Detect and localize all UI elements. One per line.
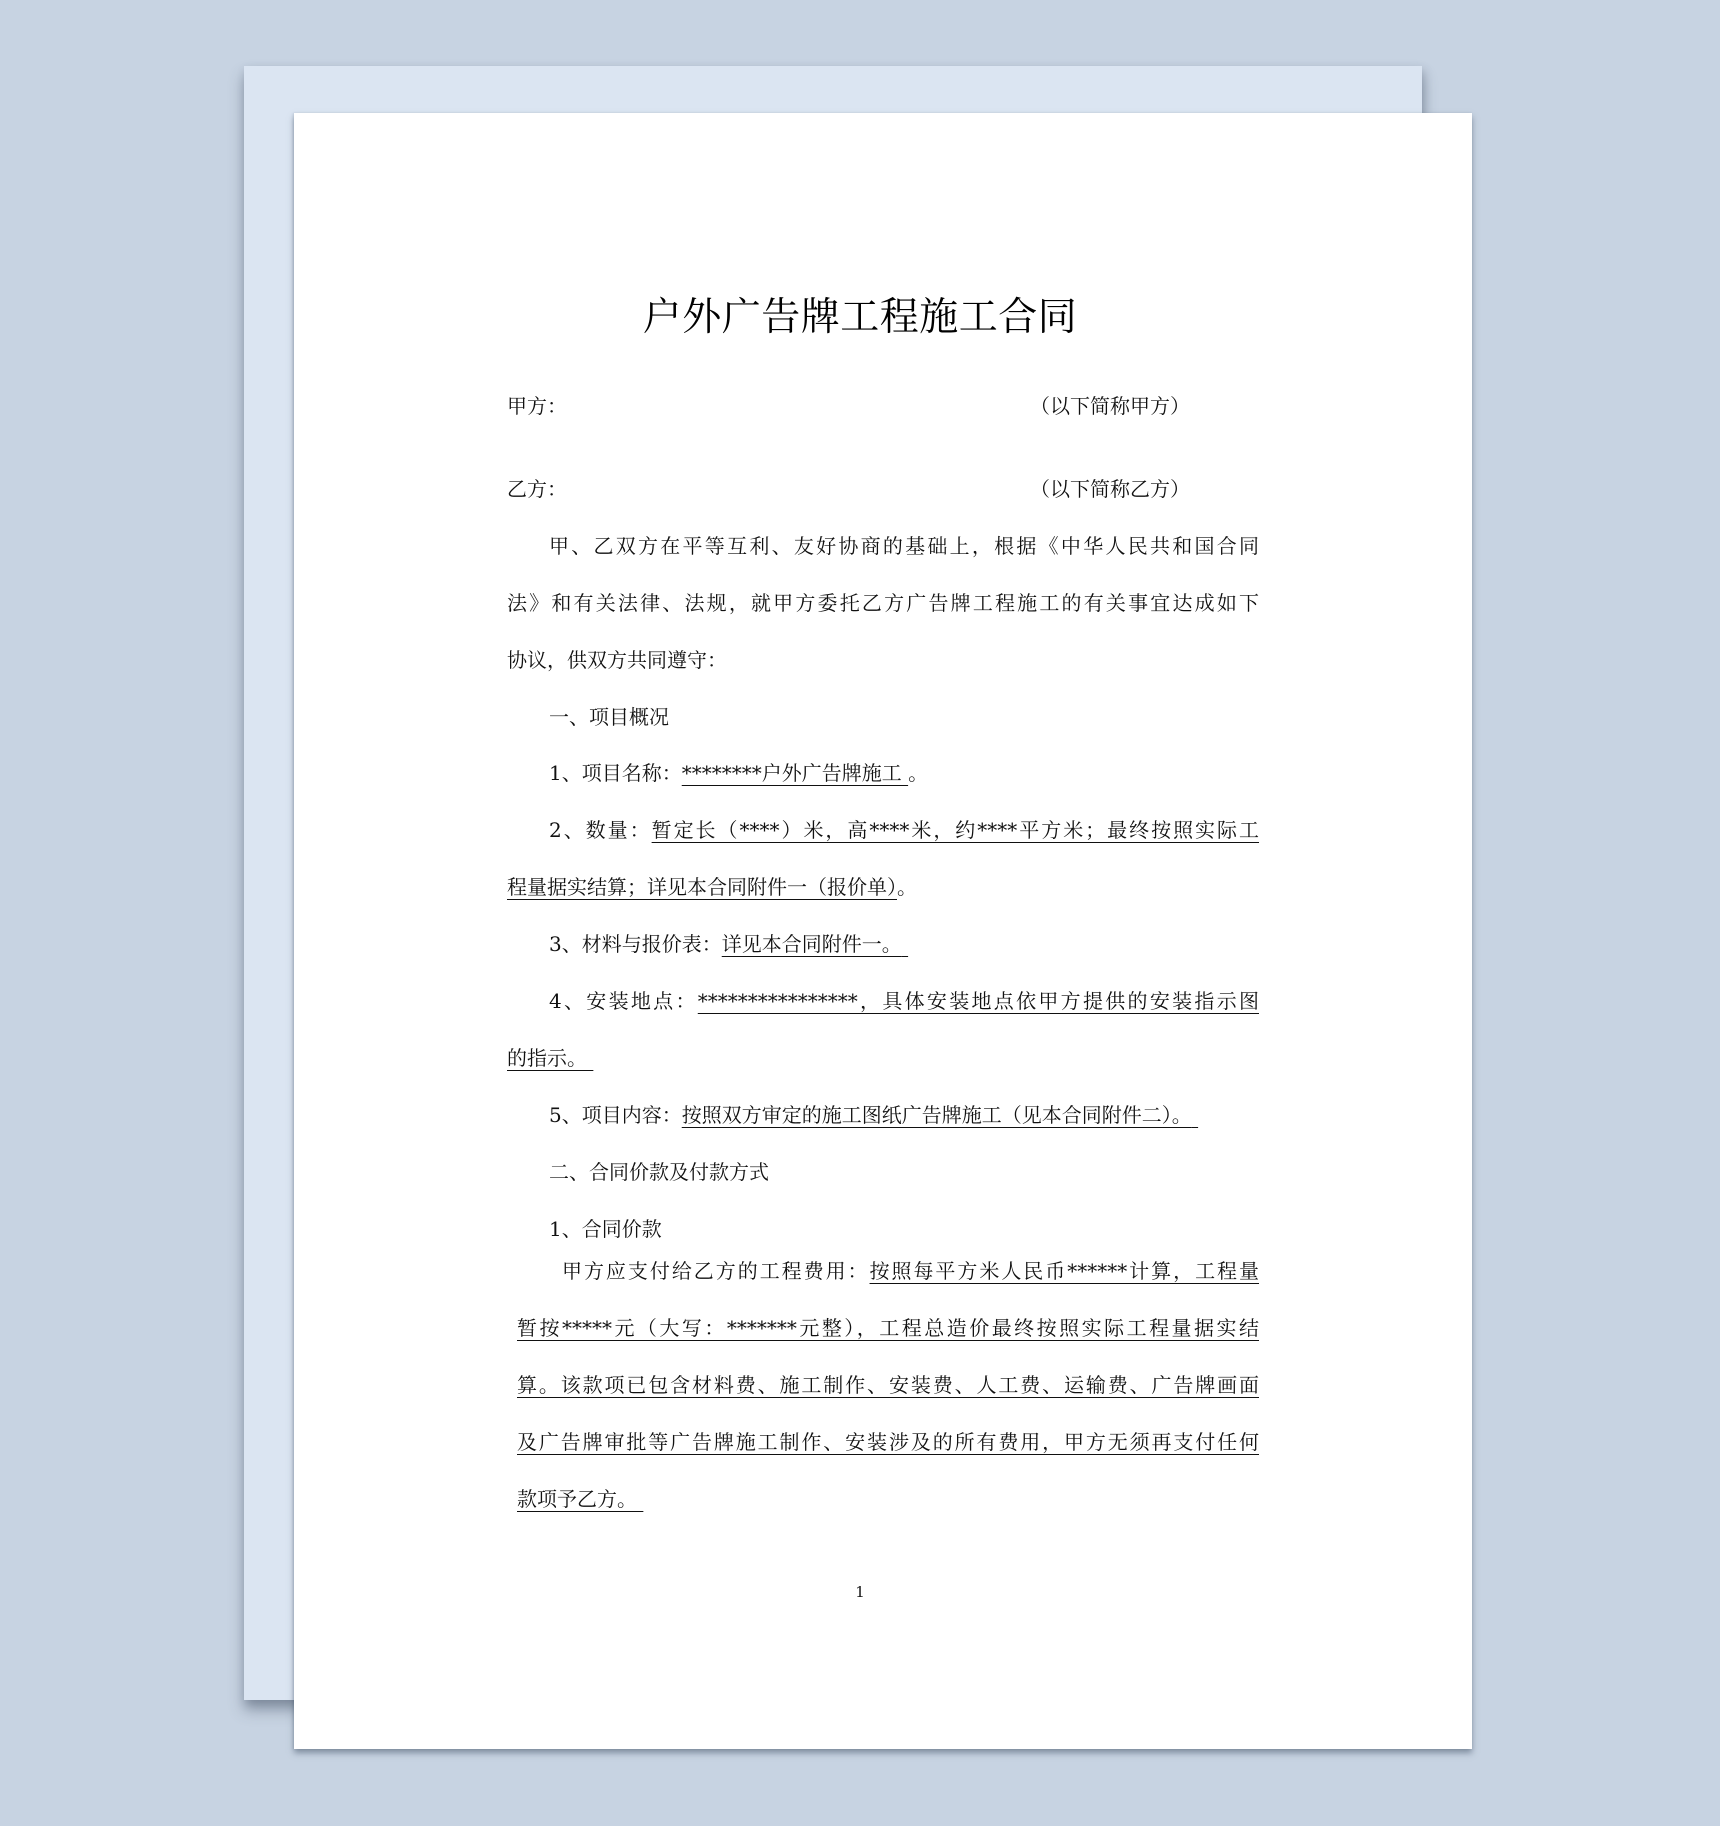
payment-line-4: 及广告牌审批等广告牌施工制作、安装涉及的所有费用，甲方无须再支付任何: [517, 1427, 1259, 1457]
party-b-alias: （以下简称乙方）: [1030, 474, 1190, 504]
page-number: 1: [0, 1582, 1720, 1602]
item-location-continued: 的指示。: [507, 1043, 1259, 1073]
item-location-value-line-2: 的指示。: [507, 1046, 587, 1070]
item-location: 4、安装地点：****************，具体安装地点依甲方提供的安装指示…: [549, 986, 1259, 1016]
item-location-value-line-1: ****************，具体安装地点依甲方提供的安装指示图: [698, 989, 1259, 1013]
payment-label: 甲方应支付给乙方的工程费用：: [562, 1259, 870, 1283]
item-materials: 3、材料与报价表：详见本合同附件一。: [549, 929, 1259, 959]
item-quantity-label: 2、数量：: [549, 818, 652, 842]
party-a-alias: （以下简称甲方）: [1030, 391, 1190, 421]
section-2-heading: 二、合同价款及付款方式: [549, 1157, 1259, 1187]
item-materials-label: 3、材料与报价表：: [549, 932, 722, 956]
preamble-line-1: 甲、乙双方在平等互利、友好协商的基础上，根据《中华人民共和国合同: [549, 531, 1259, 561]
payment-line-1: 甲方应支付给乙方的工程费用：按照每平方米人民币******计算，工程量: [562, 1256, 1259, 1286]
payment-text-2: 暂按*****元（大写：*******元整），工程总造价最终按照实际工程量据实结: [517, 1316, 1259, 1340]
payment-line-5: 款项予乙方。: [517, 1484, 1259, 1514]
item-content-label: 5、项目内容：: [549, 1103, 682, 1127]
payment-line-3: 算。该款项已包含材料费、施工制作、安装费、人工费、运输费、广告牌画面: [517, 1370, 1259, 1400]
item-project-name: 1、项目名称：********户外广告牌施工 。: [549, 758, 1259, 788]
item-content-value: 按照双方审定的施工图纸广告牌施工（见本合同附件二）。: [682, 1103, 1192, 1127]
item-quantity: 2、数量：暂定长（****）米，高****米，约****平方米；最终按照实际工: [549, 815, 1259, 845]
item-quantity-value-line-1: 暂定长（****）米，高****米，约****平方米；最终按照实际工: [652, 818, 1259, 842]
item-quantity-value-line-2: 程量据实结算；详见本合同附件一（报价单）: [507, 875, 897, 899]
item-project-name-value: ********户外广告牌施工: [682, 761, 908, 785]
payment-text-3: 算。该款项已包含材料费、施工制作、安装费、人工费、运输费、广告牌画面: [517, 1373, 1259, 1397]
payment-text-5: 款项予乙方。: [517, 1487, 637, 1511]
item-materials-value: 详见本合同附件一。: [722, 932, 902, 956]
document-title: 户外广告牌工程施工合同: [0, 292, 1720, 344]
payment-line-2: 暂按*****元（大写：*******元整），工程总造价最终按照实际工程量据实结: [517, 1313, 1259, 1343]
item-quantity-suffix: 。: [897, 875, 917, 899]
preamble-line-3: 协议，供双方共同遵守：: [507, 645, 1259, 675]
item-project-name-suffix: 。: [908, 761, 928, 785]
section-2-subheading: 1、合同价款: [549, 1214, 1259, 1244]
payment-text-4: 及广告牌审批等广告牌施工制作、安装涉及的所有费用，甲方无须再支付任何: [517, 1430, 1259, 1454]
item-quantity-continued: 程量据实结算；详见本合同附件一（报价单）。: [507, 872, 1259, 902]
payment-text-1: 按照每平方米人民币******计算，工程量: [870, 1259, 1259, 1283]
section-1-heading: 一、项目概况: [549, 702, 1259, 732]
item-content: 5、项目内容：按照双方审定的施工图纸广告牌施工（见本合同附件二）。: [549, 1100, 1259, 1130]
item-project-name-label: 1、项目名称：: [549, 761, 682, 785]
item-location-label: 4、安装地点：: [549, 989, 698, 1013]
preamble-line-2: 法》和有关法律、法规，就甲方委托乙方广告牌工程施工的有关事宜达成如下: [507, 588, 1259, 618]
